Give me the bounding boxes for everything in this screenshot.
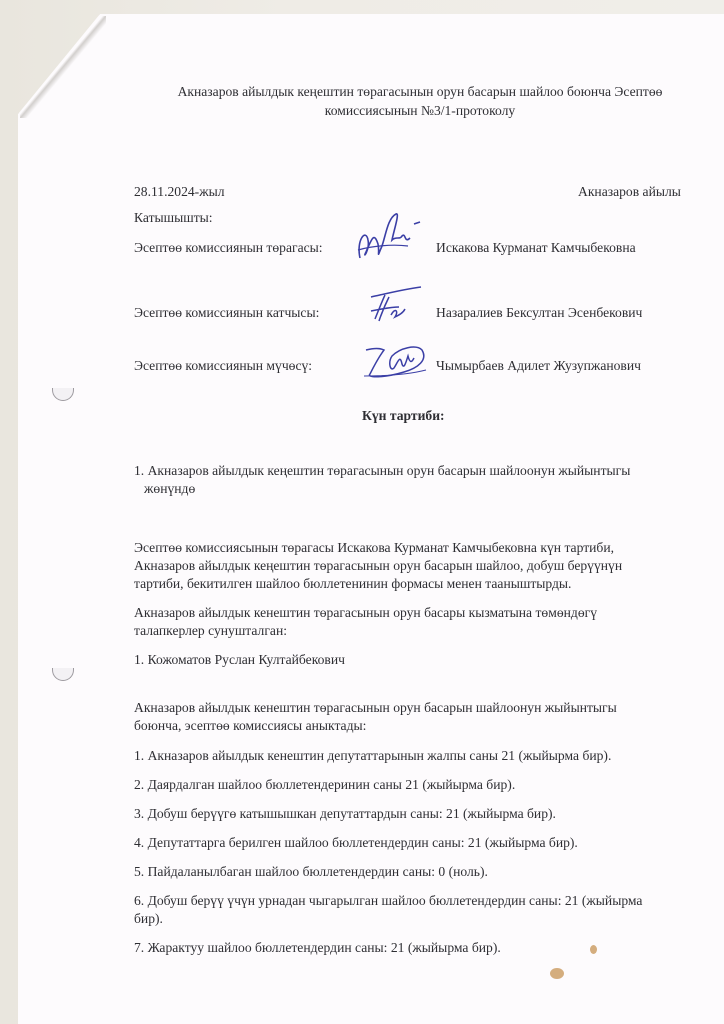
result-item-2: 2. Даярдалган шайлоо бюллетендеринин сан… [134, 777, 515, 793]
candidate-1: 1. Кожоматов Руслан Култайбекович [134, 652, 345, 668]
agenda-item-1-line-1: 1. Акназаров айылдык кеңештин төрагасыны… [134, 463, 630, 479]
result-item-7: 7. Жарактуу шайлоо бюллетендердин саны: … [134, 940, 501, 956]
title-line-2: комиссиясынын №3/1-протоколу [130, 101, 710, 120]
participant-name-chair: Искакова Курманат Камчыбековна [436, 240, 636, 256]
participant-role-chair: Эсептөө комиссиянын төрагасы: [134, 240, 323, 256]
signature-chair-icon [352, 210, 422, 270]
para3-line-1: Акназаров айылдык кенештин төрагасынын о… [134, 700, 617, 716]
signature-secretary-icon [365, 285, 425, 325]
participant-role-member: Эсептөө комиссиянын мүчөсү: [134, 358, 312, 374]
document-place: Акназаров айылы [578, 184, 681, 200]
para1-line-3: тартиби, бекитилген шайлоо бюллетенинин … [134, 576, 571, 592]
signature-member-icon [360, 342, 430, 382]
para3-line-2: боюнча, эсептөө комиссиясы аныктады: [134, 718, 366, 734]
result-item-4: 4. Депутаттарга берилген шайлоо бюллетен… [134, 835, 578, 851]
result-item-3: 3. Добуш берүүгө катышышкан депутаттарды… [134, 806, 556, 822]
stain-mark [590, 945, 597, 954]
result-item-6-line-2: бир). [134, 911, 163, 927]
result-item-5: 5. Пайдаланылбаган шайлоо бюллетендердин… [134, 864, 488, 880]
document-date: 28.11.2024-жыл [134, 184, 225, 200]
participant-role-secretary: Эсептөө комиссиянын катчысы: [134, 305, 319, 321]
participants-label: Катышышты: [134, 210, 213, 226]
para1-line-1: Эсептөө комиссиясынын төрагасы Искакова … [134, 540, 614, 556]
agenda-heading: Күн тартиби: [362, 408, 445, 424]
title-line-1: Акназаров айылдык кеңештин төрагасынын о… [130, 82, 710, 101]
result-item-1: 1. Акназаров айылдык кенештин депутаттар… [134, 748, 611, 764]
document-title: Акназаров айылдык кеңештин төрагасынын о… [130, 82, 710, 120]
agenda-item-1-line-2: жөнүндө [144, 481, 195, 497]
para2-line-1: Акназаров айылдык кенештин төрагасынын о… [134, 605, 597, 621]
participant-name-member: Чымырбаев Адилет Жузупжанович [436, 358, 641, 374]
para2-line-2: талапкерлер сунушталган: [134, 623, 287, 639]
folded-corner-shadow [20, 16, 106, 118]
participant-name-secretary: Назаралиев Бексултан Эсенбекович [436, 305, 642, 321]
stain-mark [550, 968, 564, 979]
para1-line-2: Акназаров айылдык кеңештин төрагасынын о… [134, 558, 622, 574]
result-item-6-line-1: 6. Добуш берүү үчүн урнадан чыгарылган ш… [134, 893, 642, 909]
